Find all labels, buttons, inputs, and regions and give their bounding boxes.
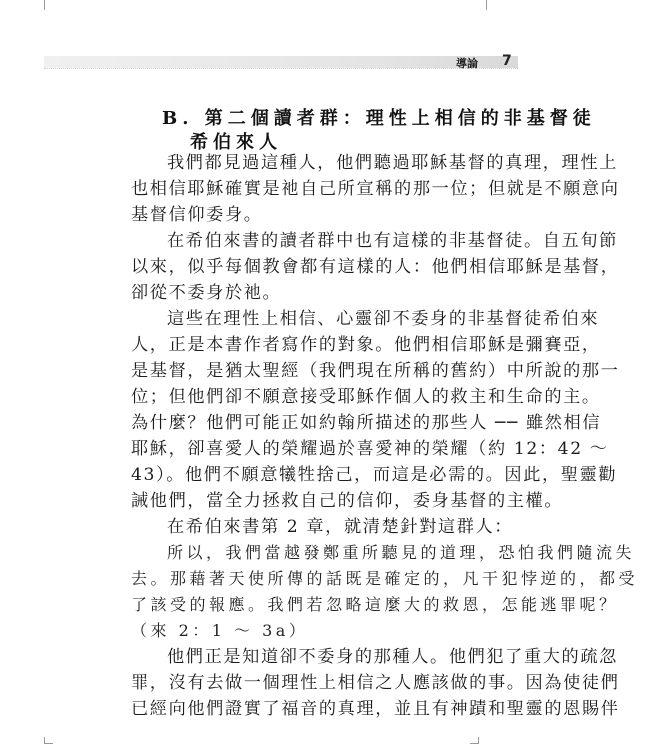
running-header-bar [44, 56, 518, 68]
body-line: 位；但他們卻不願意接受耶穌作個人的救主和生命的主。 [131, 386, 515, 412]
body-line: 43）。他們不願意犧牲捨己，而這是必需的。因此，聖靈勸 [131, 464, 515, 490]
page-number: 7 [502, 53, 512, 69]
crop-mark-bottom-left [44, 737, 53, 744]
crop-mark-bottom-right [470, 737, 479, 744]
body-line: 這些在理性上相信、心靈卻不委身的非基督徒希伯來 [131, 308, 515, 334]
body-line: 是基督，是猶太聖經（我們現在所稱的舊約）中所說的那一 [131, 360, 515, 386]
body-line: 也相信耶穌確實是祂自己所宣稱的那一位；但就是不願意向 [131, 178, 515, 204]
body-line: 為什麼？他們可能正如約翰所描述的那些人 ── 雖然相信 [131, 412, 515, 438]
body-line: 耶穌，卻喜愛人的榮耀過於喜愛神的榮耀（約 12：42 ～ [131, 438, 515, 464]
body-line: 誡他們，當全力拯救自己的信仰，委身基督的主權。 [131, 490, 515, 516]
body-line: 以來，似乎每個教會都有這樣的人：他們相信耶穌是基督， [131, 256, 515, 282]
section-heading-line-1: B. 第二個讀者群：理性上相信的非基督徒 [162, 104, 596, 130]
scripture-quote-line: 去。那藉著天使所傳的話既是確定的，凡干犯悖逆的，都受 [131, 568, 515, 594]
body-line: 人，正是本書作者寫作的對象。他們相信耶穌是彌賽亞， [131, 334, 515, 360]
scripture-quote-line: （來 2：1 ～ 3a） [131, 620, 515, 646]
crop-mark-top-right [478, 0, 487, 10]
header-divider [44, 68, 518, 70]
body-line: 他們正是知道卻不委身的那種人。他們犯了重大的疏忽 [131, 646, 515, 672]
body-line: 在希伯來書第 2 章，就清楚針對這群人： [131, 516, 515, 542]
body-line: 基督信仰委身。 [131, 204, 515, 230]
scripture-quote-line: 了該受的報應。我們若忽略這麼大的救恩，怎能逃罪呢？ [131, 594, 515, 620]
crop-mark-top-left [44, 0, 53, 10]
body-line: 罪，沒有去做一個理性上相信之人應該做的事。因為使徒們 [131, 672, 515, 698]
running-head-title: 導論 [456, 55, 478, 71]
body-line: 卻從不委身於祂。 [131, 282, 515, 308]
scripture-quote-line: 所以，我們當越發鄭重所聽見的道理，恐怕我們隨流失 [131, 542, 515, 568]
body-line: 在希伯來書的讀者群中也有這樣的非基督徒。自五旬節 [131, 230, 515, 256]
section-heading-line-2: 希伯來人 [190, 128, 282, 154]
body-line: 我們都見過這種人，他們聽過耶穌基督的真理，理性上 [131, 152, 515, 178]
body-line: 已經向他們證實了福音的真理，並且有神蹟和聖靈的恩賜伴 [131, 698, 515, 724]
body-text: 我們都見過這種人，他們聽過耶穌基督的真理，理性上也相信耶穌確實是祂自己所宣稱的那… [131, 152, 515, 724]
